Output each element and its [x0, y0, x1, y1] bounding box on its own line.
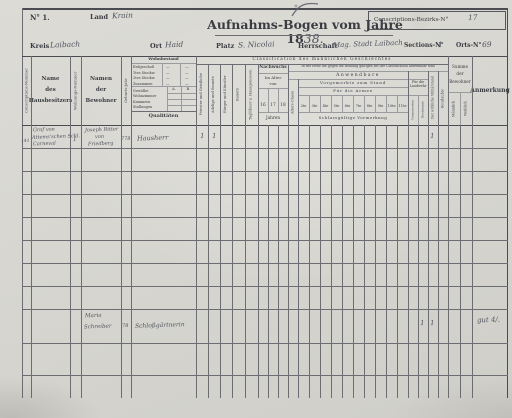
grid-line: [353, 125, 354, 398]
entry2-anmerkung: gut 4/.: [477, 316, 500, 325]
grid-line: [22, 286, 508, 287]
age-class-1: 2te: [298, 104, 309, 108]
header-bottom-line: [22, 125, 508, 126]
grid-line: [448, 56, 449, 125]
armee-header: Für die Armee: [298, 89, 408, 94]
grid-line: [428, 71, 429, 125]
grid-line: [298, 79, 299, 125]
entry1-owner-line3: Carneval: [33, 141, 56, 148]
sections-value: 1: [438, 40, 443, 49]
entry1-dwelling-number: 1: [73, 136, 77, 143]
herrschaft-value: Mag. Stadt Laibach: [333, 39, 403, 49]
conscription-value: 17: [468, 13, 478, 22]
grid-line: [331, 95, 332, 112]
grid-line: [258, 64, 259, 125]
entry2-tally-mark: 1: [430, 319, 435, 327]
grid-line: [460, 125, 461, 398]
grid-line: [167, 99, 196, 100]
nachwuchs-age-16: 16: [258, 104, 268, 109]
age-class-6: 7te: [353, 104, 364, 108]
col-dwelling-number: Wohnungs-Nummer: [70, 56, 81, 125]
classification-title: Classification des männlichen Geschlecht…: [196, 57, 448, 62]
nachwuchs-title: Nachwuchs: [258, 66, 288, 71]
dash: —: [166, 82, 170, 86]
grid-line: [331, 125, 332, 398]
grid-line: [448, 125, 449, 398]
grid-line: [167, 93, 196, 94]
land-label: Land: [90, 14, 108, 21]
grid-line: [180, 63, 181, 86]
grid-line: [364, 125, 365, 398]
housebox-upper-row3: 2tes Stockw.: [133, 76, 155, 80]
housebox-upper-row2: 1tes Stockw.: [133, 71, 155, 75]
grid-line: [298, 112, 408, 113]
grid-line: [22, 375, 508, 376]
col-owner-line3: Hausbesitzers: [29, 96, 73, 107]
entry1-resident-line2: von: [95, 134, 104, 140]
platz-label: Platz: [216, 43, 234, 50]
dash: —: [185, 71, 189, 75]
anmerkung-header: Anmerkung: [470, 87, 509, 94]
form-number: N° 1.: [30, 14, 50, 22]
col-beurlaubte: Beurlaubte: [438, 71, 448, 125]
col-residents-line3: Bewohner: [86, 96, 117, 107]
dash: —: [185, 82, 189, 86]
entry1-resident-line1: Joseph Ritter: [85, 126, 118, 133]
grid-line: [70, 56, 71, 125]
col-landwehr-1: Vorgemerkte: [408, 95, 418, 125]
grid-line: [342, 95, 343, 112]
nachwuchs-age-17: 17: [268, 104, 278, 109]
age-class-8: 9te: [375, 104, 386, 108]
grid-line: [309, 95, 310, 112]
age-class-4: 5te: [331, 104, 342, 108]
entry1-house-number: 141: [21, 139, 30, 144]
land-value: Krain: [112, 11, 133, 21]
grid-line: [81, 56, 82, 125]
grid-line: [472, 125, 473, 398]
grid-line: [472, 56, 473, 125]
summe-line2: der: [456, 70, 463, 77]
grid-line: [22, 148, 508, 149]
grid-line: [22, 343, 508, 344]
grid-line: [375, 125, 376, 398]
housebox-upper-row4: Zusammen: [133, 82, 153, 86]
grid-line: [288, 64, 289, 125]
kreis-label: Kreis: [30, 43, 49, 50]
grid-line: [245, 125, 246, 398]
landwehr-title: Für die Landwehr: [408, 81, 428, 89]
grid-line: [278, 125, 279, 398]
entry1-tally-mark: 1: [430, 132, 435, 140]
grid-line: [418, 125, 419, 398]
grid-line: [408, 125, 409, 398]
grid-line: [438, 71, 439, 125]
dash: —: [166, 71, 170, 75]
col-class-4: Bauern: [232, 64, 245, 125]
grid-line: [208, 125, 209, 398]
col-class-1: Priester und Geistliche: [196, 64, 208, 125]
grid-line: [278, 88, 279, 112]
grid-line: [386, 125, 387, 398]
grid-line: [70, 125, 71, 398]
grid-line: [162, 63, 163, 86]
nachwuchs-jahren: Jahren: [258, 116, 288, 121]
nachwuchs-l2: von: [258, 82, 288, 87]
grid-line: [258, 88, 288, 89]
entry1-birth-year: 778: [121, 136, 131, 142]
grid-line: [121, 56, 122, 125]
herrschaft-label: Herrschaft: [298, 43, 337, 50]
grid-line: [131, 63, 196, 64]
entry1-tally-mark: 1: [212, 132, 217, 140]
entry1-resident-line3: Friedberg: [88, 141, 114, 148]
orts-value: 69: [482, 40, 492, 49]
grid-line: [428, 125, 429, 398]
grid-line: [342, 125, 343, 398]
schluss-header: Schlussgültige Vormerkung: [298, 116, 408, 121]
grid-line: [81, 125, 82, 398]
housebox-lower-row4: Stallungen: [133, 105, 152, 109]
grid-line: [22, 240, 508, 241]
housebox-head-a: A.: [167, 87, 181, 91]
grid-line: [353, 95, 354, 112]
grid-line: [196, 56, 197, 125]
grid-line: [131, 56, 132, 125]
grid-line: [418, 95, 419, 125]
col-summe-maennlich: Männlich: [448, 92, 460, 125]
col-residents-line2: der: [96, 85, 106, 96]
housebox-qualities: Qualitäten: [131, 114, 196, 120]
grid-line: [22, 194, 508, 195]
grid-line: [167, 105, 196, 106]
entry2-birth-year: 78: [122, 323, 129, 329]
grid-line: [258, 73, 288, 74]
housebox-head-b: B.: [181, 87, 196, 91]
entry1-tally-mark: 1: [200, 132, 205, 140]
housebox-lower-row2: Wohnzimmer: [133, 94, 156, 98]
grid-line: [408, 71, 409, 125]
col-class-3: Bürger und Künstler: [220, 64, 232, 125]
col-birth-year: Geburts-Jahr: [121, 56, 131, 125]
kreis-value: Laibach: [50, 39, 80, 49]
grid-line: [131, 125, 132, 398]
grid-line: [309, 125, 310, 398]
grid-line: [258, 112, 288, 113]
housebox-lower-row1: Gewölbe: [133, 89, 148, 93]
grid-line: [232, 64, 233, 125]
summe-line3: Bewohner: [449, 78, 471, 85]
entry2-resident-line2: Schreiber: [84, 324, 112, 331]
col-owner-line2: des: [45, 85, 55, 96]
col-residents-line1: Namen: [90, 74, 112, 85]
grid-line: [268, 88, 269, 112]
grid-line: [288, 125, 289, 398]
housebox-title: Wohnbestand: [131, 57, 196, 62]
grid-line: [268, 125, 269, 398]
grid-line: [438, 125, 439, 398]
grid-line: [298, 125, 299, 398]
grid-line: [22, 171, 508, 172]
ink-tick-mark: [288, 0, 322, 18]
entry2-resident-line1: Maria: [85, 313, 102, 320]
ort-label: Ort: [150, 43, 162, 50]
applicability-note: In wie ferne die gegen die Reihung gülti…: [288, 65, 448, 69]
grid-line: [208, 64, 209, 125]
nachwuchs-l1: Im Alter: [258, 76, 288, 81]
grid-line: [320, 95, 321, 112]
grid-line: [232, 125, 233, 398]
grid-line: [121, 125, 122, 398]
age-class-5: 6te: [342, 104, 353, 108]
entry1-owner-line1: Graf von: [33, 127, 55, 134]
grid-line: [386, 95, 387, 112]
entry2-tally-mark: 1: [420, 319, 425, 327]
age-class-7: 8te: [364, 104, 375, 108]
grid-line: [364, 95, 365, 112]
grid-line: [220, 64, 221, 125]
age-class-2: 3te: [309, 104, 320, 108]
grid-line: [460, 92, 461, 125]
grid-line: [320, 125, 321, 398]
dash: —: [166, 76, 170, 80]
col-conscription-number: Conscriptions-Nummer: [22, 56, 31, 125]
col-landwehr-2: Bestimmte: [418, 95, 428, 125]
age-class-3: 4te: [320, 104, 331, 108]
grid-line: [22, 217, 508, 218]
frame-top-line: [22, 8, 508, 10]
grid-line: [196, 125, 197, 398]
housebox-lower-row3: Kammern: [133, 100, 150, 104]
col-militaerstand: Der wirkliche Militärstand: [428, 71, 438, 125]
grid-line: [397, 95, 398, 112]
entry1-occupation: Hausherr: [137, 133, 169, 142]
orts-label: Orts-N°: [456, 43, 482, 50]
dash: —: [185, 76, 189, 80]
vorgemerkte-header: Vorgemerkte zum Stand: [298, 81, 408, 86]
scanned-census-form: N° 1. Land Krain Conscriptions-Bezirks-N…: [0, 0, 512, 418]
grid-line: [397, 125, 398, 398]
grid-line: [31, 56, 32, 125]
grid-line: [22, 309, 508, 310]
col-alters-classe: Alters-Classe: [288, 79, 298, 125]
col-summe-weiblich: Weiblich: [460, 92, 472, 125]
dash: —: [166, 65, 170, 69]
grid-line: [131, 111, 196, 112]
nachwuchs-age-18: 18: [278, 104, 288, 109]
grid-line: [245, 64, 246, 125]
title-underline: [215, 35, 393, 36]
platz-value: S. Nicolai: [238, 39, 275, 49]
summe-line1: Summe: [452, 63, 468, 70]
age-class-9: 10te: [386, 104, 397, 108]
col-class-2: Adelige und Beamte: [208, 64, 220, 125]
grid-line: [375, 95, 376, 112]
grid-line: [31, 125, 32, 398]
dash: —: [185, 65, 189, 69]
entry2-occupation: Schloßgärtnerin: [135, 321, 185, 330]
grid-line: [220, 125, 221, 398]
col-owner-line1: Name: [42, 74, 60, 85]
age-class-10: 11te: [397, 104, 408, 108]
ort-value: Haid: [165, 40, 184, 50]
anwendbare-header: Anwendbare: [288, 73, 428, 78]
col-class-5: Taglöhner u. Hausgenossen: [245, 64, 258, 125]
housebox-upper-row1: Erdgeschoß: [133, 65, 154, 69]
grid-line: [22, 263, 508, 264]
grid-line: [258, 125, 259, 398]
